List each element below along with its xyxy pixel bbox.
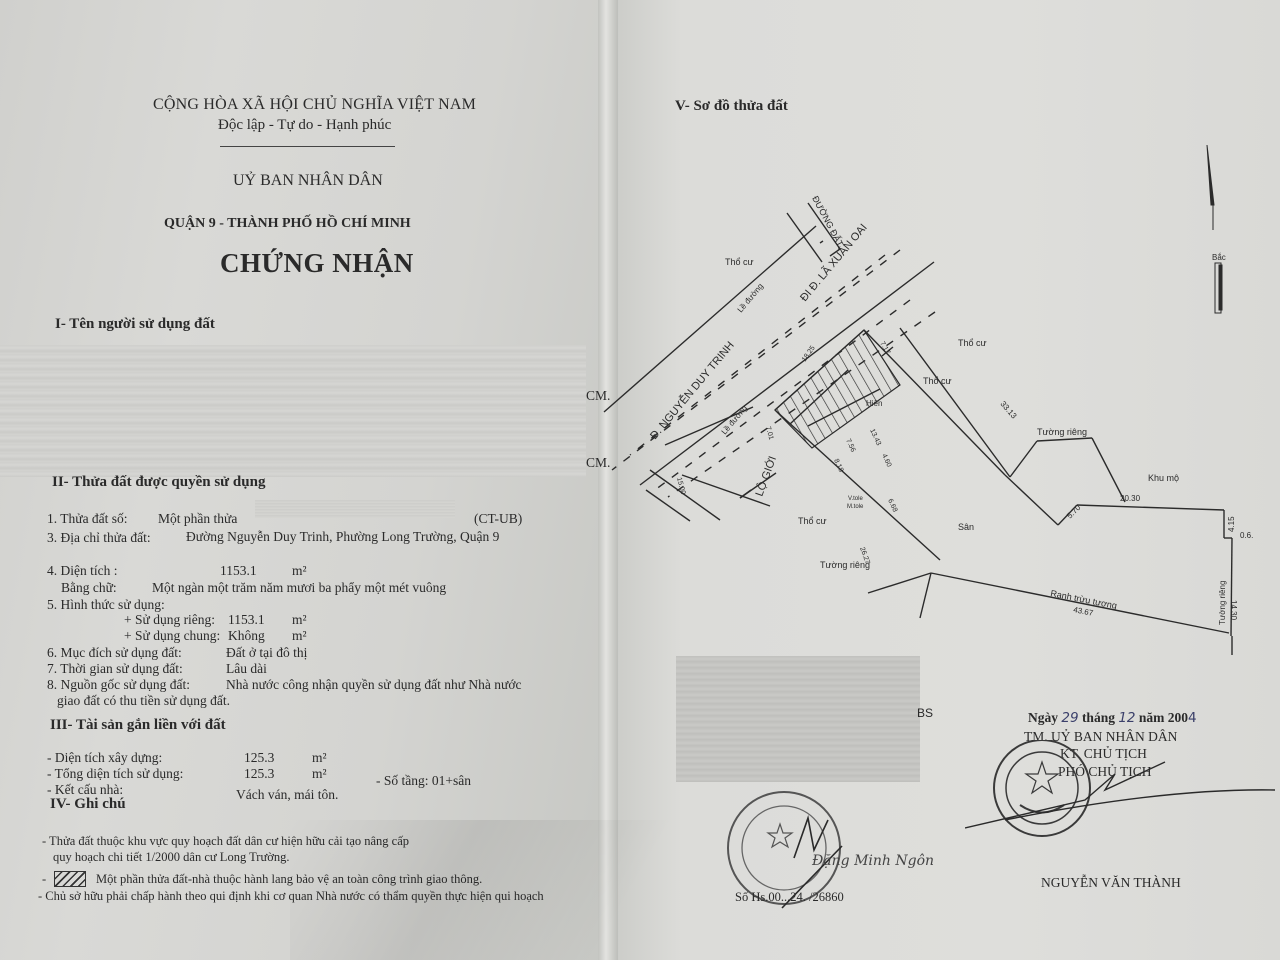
label-yard: Sân <box>958 522 974 532</box>
total-area-label: - Tổng diện tích sử dụng: <box>47 766 183 782</box>
duration-value: Lâu dài <box>226 661 267 677</box>
purpose-value: Đất ở tại đô thị <box>226 645 307 661</box>
label-residential-3: Thổ cư <box>923 376 952 386</box>
area-unit: m² <box>292 563 307 579</box>
area-words-label: Bằng chữ: <box>61 580 117 596</box>
dim-7-56: 7.56 <box>844 438 856 453</box>
hatched-area-legend-icon <box>54 871 86 887</box>
label-residential-2: Thổ cư <box>958 338 987 348</box>
national-motto: Độc lập - Tự do - Hạnh phúc <box>218 117 391 134</box>
build-area-value: 125.3 <box>244 750 274 766</box>
label-porch: Hiên <box>866 399 882 408</box>
dim-0-6: 0.6. <box>1240 531 1253 540</box>
authority-name: UỶ BAN NHÂN DÂN <box>233 172 383 190</box>
header-divider <box>220 146 395 147</box>
address-label: 3. Địa chỉ thửa đất: <box>47 530 151 546</box>
label-row-limit: LỘ GIỚI <box>753 454 780 498</box>
note-1-line-1: - Thửa đất thuộc khu vực quy hoạch đất d… <box>42 834 409 849</box>
issue-date: Ngày 29 tháng 12 năm 2004 <box>1028 710 1197 726</box>
date-year-prefix: năm 200 <box>1139 710 1188 725</box>
dim-20-30: 20.30 <box>1120 494 1141 503</box>
section-4-title: IV- Ghi chú <box>50 796 126 813</box>
redacted-parcel-number <box>255 500 455 518</box>
dim-15-00: 15.00 <box>675 477 686 496</box>
date-day: 29 <box>1061 710 1078 726</box>
origin-value-2: giao đất có thu tiền sử dụng đất. <box>57 693 230 709</box>
area-value: 1153.1 <box>220 563 257 579</box>
signature-stroke-right <box>965 760 1275 830</box>
redacted-registration-block <box>676 656 920 782</box>
area-words-value: Một ngàn một trăm năm mươi ba phẩy một m… <box>152 580 446 596</box>
dim-7-17: 7.17 <box>878 341 891 356</box>
label-residential-1: Thổ cư <box>725 257 754 267</box>
dim-13-43: 13.43 <box>868 428 882 447</box>
registration-number: Số Hs.00...24. /26860 <box>735 890 844 905</box>
district-name: QUẬN 9 - THÀNH PHỐ HỒ CHÍ MINH <box>164 216 411 232</box>
registration-suffix: BS <box>917 706 933 720</box>
document-title: CHỨNG NHẬN <box>220 248 414 279</box>
private-use-unit: m² <box>292 612 307 628</box>
signer-name: NGUYỄN VĂN THÀNH <box>1041 875 1181 891</box>
north-label: Bắc <box>1212 253 1226 262</box>
dim-43-67: 43.67 <box>1073 605 1095 618</box>
dim-4-60: 4.60 <box>880 453 892 468</box>
private-use-label: + Sử dụng riêng: <box>124 612 215 628</box>
origin-value-1: Nhà nước công nhận quyền sử dụng đất như… <box>226 677 521 693</box>
note-2-text: Một phần thửa đất-nhà thuộc hành lang bả… <box>96 872 482 887</box>
total-area-value: 125.3 <box>244 766 274 782</box>
date-month-prefix: tháng <box>1082 710 1115 725</box>
dim-14-30: 14.30 <box>1229 600 1238 621</box>
label-m-tole: M.tole <box>847 504 864 510</box>
date-prefix: Ngày <box>1028 710 1058 725</box>
private-use-value: 1153.1 <box>228 612 265 628</box>
date-month: 12 <box>1118 710 1135 726</box>
dim-33-13: 33.13 <box>998 399 1018 420</box>
date-year-digit: 4 <box>1188 710 1197 726</box>
label-private-wall-2: Tường riêng <box>820 560 870 570</box>
registrar-signature: Đặng Minh Ngôn <box>812 853 934 869</box>
usage-form-label: 5. Hình thức sử dụng: <box>47 597 165 613</box>
duration-label: 7. Thời gian sử dụng đất: <box>47 661 183 677</box>
dim-18-25: 18.25 <box>801 345 817 363</box>
build-area-label: - Diện tích xây dựng: <box>47 750 162 766</box>
origin-label: 8. Nguồn gốc sử dụng đất: <box>47 677 190 693</box>
label-private-wall-1: Tường riêng <box>1037 427 1087 437</box>
dim-8-18: 8.18 <box>832 458 844 473</box>
floors-count: - Số tầng: 01+sân <box>376 773 471 789</box>
section-3-title: III- Tài sản gắn liền với đất <box>50 717 226 734</box>
label-dirt-road: ĐƯỜNG ĐẤT <box>810 194 845 248</box>
label-v-tole: V.tole <box>848 496 863 502</box>
note-1-line-2: quy hoạch chi tiết 1/2000 dân cư Long Tr… <box>53 850 289 865</box>
area-label: 4. Diện tích : <box>47 563 118 579</box>
structure-value: Vách ván, mái tôn. <box>236 787 338 803</box>
note-3-text: - Chủ sở hữu phải chấp hành theo qui địn… <box>38 889 544 904</box>
section-1-title: I- Tên người sử dụng đất <box>55 316 215 333</box>
label-residential-4: Thổ cư <box>798 516 827 526</box>
label-cemetery: Khu mộ <box>1148 473 1179 483</box>
redacted-owner-block <box>0 345 586 477</box>
parcel-value: Một phần thửa <box>158 511 237 527</box>
dim-4-15: 4.15 <box>1227 516 1236 532</box>
parcel-suffix: (CT-UB) <box>474 511 522 527</box>
label-sidewalk-1: Lề đường <box>736 282 765 315</box>
address-value: Đường Nguyễn Duy Trinh, Phường Long Trườ… <box>186 529 499 545</box>
dim-6-68: 6.68 <box>886 498 898 513</box>
total-area-unit: m² <box>312 766 327 782</box>
parcel-label: 1. Thửa đất số: <box>47 511 128 527</box>
dim-7-01: 7.01 <box>764 426 774 441</box>
build-area-unit: m² <box>312 750 327 766</box>
note-2-prefix: - <box>42 872 46 887</box>
shared-use-unit: m² <box>292 628 307 644</box>
national-title: CỘNG HÒA XÃ HỘI CHỦ NGHĨA VIỆT NAM <box>153 96 476 114</box>
purpose-label: 6. Mục đích sử dụng đất: <box>47 645 182 661</box>
section-2-title: II- Thửa đất được quyền sử dụng <box>52 474 265 491</box>
shared-use-label: + Sử dụng chung: <box>124 628 220 644</box>
shared-use-value: Không <box>228 628 265 644</box>
label-private-wall-3: Tường riêng <box>1218 581 1227 625</box>
